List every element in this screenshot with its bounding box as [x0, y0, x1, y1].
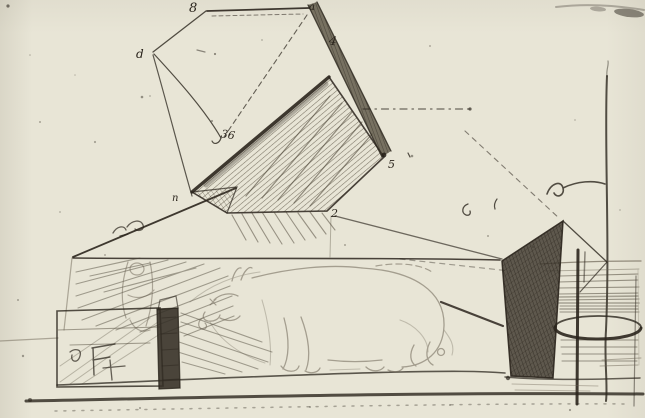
squiggle-marks: [408, 153, 605, 215]
eyepiece-ellipse: [555, 316, 641, 339]
label-a: a: [309, 2, 315, 13]
plate-edge-top-right: [556, 5, 644, 19]
sighting-panel: [502, 221, 641, 404]
label-2: 2: [330, 207, 338, 220]
dark-post: [157, 296, 180, 389]
pane-top-edge: [207, 8, 309, 16]
pedestal-box: [57, 308, 163, 387]
label-36: 36: [220, 127, 236, 142]
label-8: 8: [189, 1, 197, 16]
label-5: 5: [388, 158, 395, 171]
plate-edge-bottom: [26, 394, 643, 411]
label-n: n: [172, 193, 178, 204]
manuscript-scan: 8 a 4 d 36 n 5 2: [0, 0, 645, 418]
perspective-sketch: 8 a 4 d 36 n 5 2: [0, 0, 645, 418]
window-hatching: [558, 270, 639, 365]
pane-shadow: [232, 212, 335, 244]
sketched-figure-scribble: [122, 262, 154, 331]
label-d: d: [136, 47, 144, 61]
